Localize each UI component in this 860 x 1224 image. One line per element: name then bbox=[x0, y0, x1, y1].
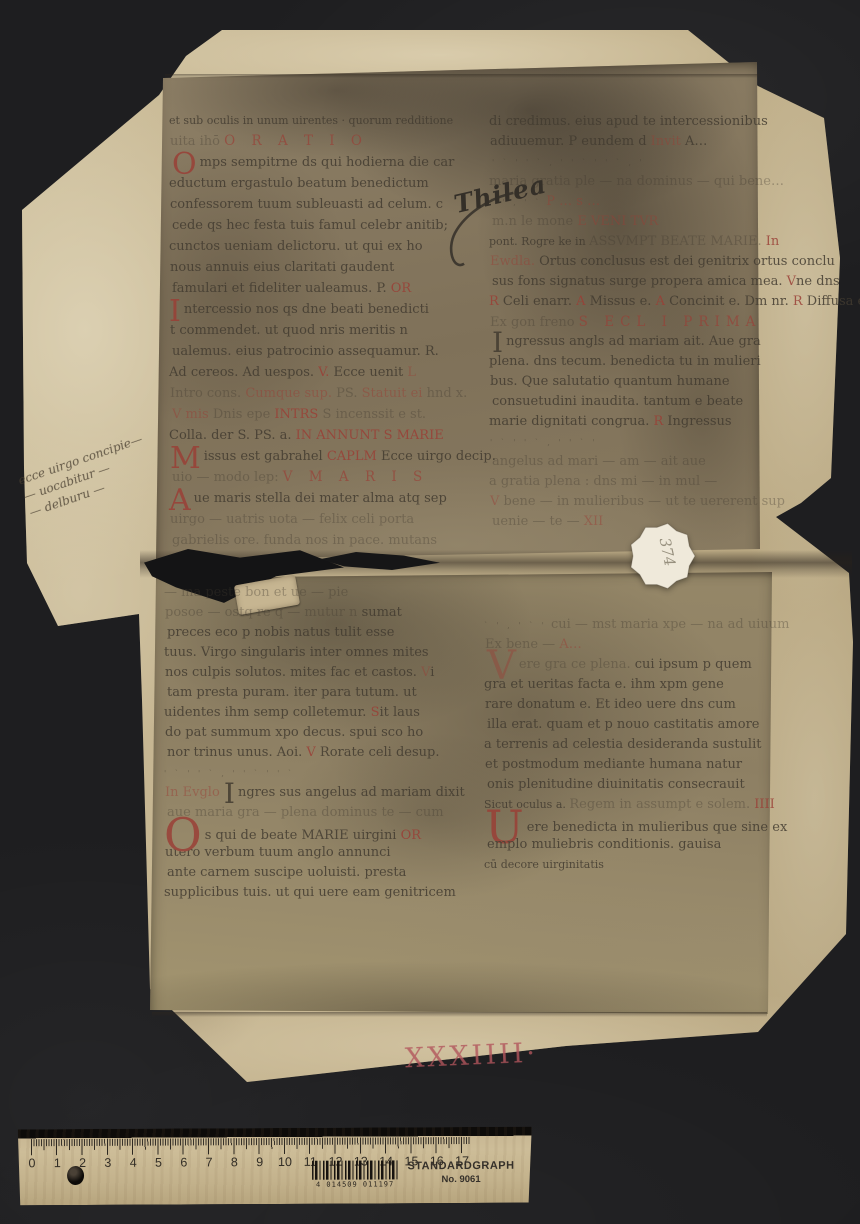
manuscript-line: gra et ueritas facta e. ihm xpm gene bbox=[484, 675, 796, 695]
manuscript-line: illa erat. quam et p nouo castitatis amo… bbox=[487, 715, 799, 735]
manuscript-line: Ex bene — A… bbox=[485, 635, 797, 655]
manuscript-text: ngressus angls ad mariam ait. Aue gra bbox=[506, 334, 761, 349]
manuscript-line: preces eco p nobis natus tulit esse bbox=[167, 623, 489, 643]
manuscript-text: t commendet. ut quod nris meritis n bbox=[170, 323, 408, 338]
manuscript-text: Ecce uenit bbox=[334, 365, 408, 380]
manuscript-line: V bene — in mulieribus — ut te uererent … bbox=[490, 492, 805, 512]
manuscript-line: Sicut oculus a. Regem in assumpt e solem… bbox=[484, 795, 796, 815]
manuscript-text: Ad cereos. Ad uespos. bbox=[169, 365, 318, 380]
manuscript-line: do pat summum xpo decus. spui sco ho bbox=[165, 723, 487, 743]
rubric-text: Invit bbox=[651, 134, 685, 149]
manuscript-line: Missus est gabrahel CAPLM Ecce uirgo dec… bbox=[170, 446, 490, 467]
ruler-brand-block: STANDARDGRAPH No. 9061 bbox=[400, 1160, 522, 1186]
manuscript-text: Dnis epe bbox=[213, 407, 275, 422]
rubric-text: OR bbox=[391, 281, 411, 296]
manuscript-text: emplo muliebris conditionis. gauisa bbox=[487, 837, 721, 852]
manuscript-text: ere benedicta in mulieribus que sine ex bbox=[527, 820, 788, 835]
manuscript-text: ante carnem suscipe uoluisti. presta bbox=[167, 865, 406, 880]
rubric-text: R bbox=[793, 294, 807, 309]
manuscript-line: supplicibus tuis. ut qui uere eam genitr… bbox=[164, 883, 486, 903]
ruler-number: 3 bbox=[104, 1156, 111, 1170]
manuscript-text: i bbox=[430, 665, 434, 680]
top-fold-line bbox=[165, 74, 760, 78]
manuscript-text: do pat summum xpo decus. spui sco ho bbox=[165, 725, 423, 740]
ruler-cm-ticks bbox=[31, 1137, 471, 1155]
manuscript-text: ntercessio nos qs dne beati benedicti bbox=[184, 302, 429, 317]
manuscript-text: uenie — te — bbox=[492, 514, 584, 529]
manuscript-text: PS. bbox=[336, 386, 361, 401]
barcode-bars bbox=[312, 1160, 398, 1179]
manuscript-line: ante carnem suscipe uoluisti. presta bbox=[167, 863, 489, 883]
rubric-text: IN ANNUNT S MARIE bbox=[296, 428, 444, 443]
manuscript-text: uidentes ihm semp colletemur. bbox=[164, 705, 371, 720]
manuscript-text: ere gra ce plena. bbox=[519, 657, 635, 672]
manuscript-text: Missus e. bbox=[590, 294, 656, 309]
manuscript-text: a gratia plena : dns mi — in mul — bbox=[489, 474, 717, 489]
manuscript-text: hnd x. bbox=[422, 386, 467, 401]
manuscript-line: plena. dns tecum. benedicta tu in mulier… bbox=[489, 352, 804, 372]
rubric-text: In Evglo bbox=[165, 785, 224, 800]
rubric-text: L bbox=[407, 365, 416, 380]
manuscript-line: Ingressus angls ad mariam ait. Aue gra bbox=[492, 332, 807, 352]
manuscript-line: Uere benedicta in mulieribus que sine ex bbox=[485, 815, 797, 835]
manuscript-line: a terrenis ad celestia desideranda sustu… bbox=[484, 735, 796, 755]
manuscript-line: a gratia plena : dns mi — in mul — bbox=[489, 472, 804, 492]
manuscript-text: issus est gabrahel bbox=[204, 449, 327, 464]
rubric-text: IIII bbox=[754, 797, 775, 812]
bottom-fold-line bbox=[152, 1012, 767, 1017]
rubric-text: Cumque sup. bbox=[245, 386, 336, 401]
text-column-lower-right: ` ' , ' ` ' cui — mst maria xpe — na ad … bbox=[485, 615, 797, 875]
manuscript-text: ASSVMPT BEATE MARIE. bbox=[589, 234, 766, 249]
manuscript-line: aue maria gra — plena dominus te — cum bbox=[167, 803, 489, 823]
manuscript-text: Diffusa e. bbox=[807, 294, 860, 309]
rubric-text: XII bbox=[584, 514, 604, 529]
manuscript-text: it laus bbox=[379, 705, 419, 720]
rubric-text: V mis bbox=[172, 407, 213, 422]
measuring-ruler: 01234567891011121314151617 4 014509 0111… bbox=[18, 1127, 532, 1206]
text-column-upper-left: et sub oculis in unum uirentes · quorum … bbox=[170, 110, 490, 551]
manuscript-text: ue maris stella dei mater alma atq sep bbox=[194, 491, 447, 506]
ruler-hanging-hole bbox=[67, 1166, 84, 1185]
manuscript-text: ' ` ' ' ` , ' ' ` ' bbox=[490, 438, 598, 447]
manuscript-line: famulari et fideliter ualeamus. P. OR bbox=[172, 278, 492, 299]
manuscript-text: s qui de beate MARIE uirgini bbox=[205, 828, 401, 843]
manuscript-text: Regem in assumpt e solem. bbox=[569, 797, 754, 812]
ruler-number: 10 bbox=[278, 1155, 292, 1169]
manuscript-text: Concinit e. Dm nr. bbox=[669, 294, 793, 309]
barcode-digits: 4 014509 011197 bbox=[312, 1180, 398, 1188]
ruler-number: 4 bbox=[130, 1156, 137, 1170]
manuscript-text: eductum ergastulo beatum benedictum bbox=[169, 176, 429, 191]
ruler-model: No. 9061 bbox=[400, 1174, 522, 1186]
manuscript-line: uidentes ihm semp colletemur. Sit laus bbox=[164, 703, 486, 723]
manuscript-text: supplicibus tuis. ut qui uere eam genitr… bbox=[164, 885, 456, 900]
ruler-number: 9 bbox=[256, 1155, 263, 1169]
manuscript-line: bus. Que salutatio quantum humane bbox=[490, 372, 805, 392]
manuscript-line: di credimus. eius apud te intercessionib… bbox=[489, 112, 804, 132]
manuscript-text: consuetudini inaudita. tantum e beate bbox=[492, 394, 743, 409]
manuscript-text: ` ' , ' ` ' bbox=[484, 621, 547, 630]
rubric-text: V M A R I S bbox=[283, 469, 429, 485]
manuscript-line: et sub oculis in unum uirentes · quorum … bbox=[169, 110, 489, 131]
manuscript-line: Ad cereos. Ad uespos. V. Ecce uenit L bbox=[169, 362, 489, 383]
ruler-number: 5 bbox=[155, 1156, 162, 1170]
manuscript-line: Colla. der S. PS. a. IN ANNUNT S MARIE bbox=[169, 425, 489, 446]
manuscript-text: bus. Que salutatio quantum humane bbox=[490, 374, 730, 389]
rubric-text: In bbox=[766, 234, 780, 249]
manuscript-text: bene — in mulieribus — ut te uererent su… bbox=[504, 494, 785, 509]
manuscript-text: di credimus. eius apud te intercessionib… bbox=[489, 114, 768, 129]
manuscript-line: ` ' , ' ` ' cui — mst maria xpe — na ad … bbox=[484, 615, 796, 635]
manuscript-line: nos culpis solutos. mites fac et castos.… bbox=[165, 663, 487, 683]
manuscript-line: nous annuis eius claritati gaudent bbox=[170, 257, 490, 278]
rubric-text: V bbox=[490, 494, 504, 509]
manuscript-text: et postmodum mediante humana natur bbox=[485, 757, 742, 772]
manuscript-line: ualemus. eius patrocinio assequamur. R. bbox=[172, 341, 492, 362]
ruler-number: 8 bbox=[231, 1155, 238, 1169]
manuscript-text: cunctos ueniam delictoru. ut qui ex ho bbox=[169, 239, 423, 254]
manuscript-line: V mis Dnis epe INTRS S incenssit e st. bbox=[172, 404, 492, 425]
manuscript-text: uirgo — uatris uota — felix celi porta bbox=[170, 512, 414, 527]
manuscript-text: aue maria gra — plena dominus te — cum bbox=[167, 805, 444, 820]
manuscript-line: adiuuemur. P eundem d Invit A… bbox=[490, 132, 805, 152]
manuscript-text: S incenssit e st. bbox=[322, 407, 426, 422]
manuscript-line: Vere gra ce plena. cui ipsum p quem bbox=[487, 655, 799, 675]
rubric-text: O R A T I O bbox=[224, 133, 368, 149]
ruler-number: 0 bbox=[28, 1156, 35, 1170]
manuscript-text: tam presta puram. iter para tutum. ut bbox=[167, 685, 417, 700]
manuscript-line: marie dignitati congrua. R Ingressus bbox=[489, 412, 804, 432]
manuscript-text: Ex gon freno bbox=[490, 315, 579, 330]
ruler-barcode: 4 014509 011197 bbox=[312, 1160, 398, 1190]
rubric-text: V bbox=[421, 665, 430, 680]
manuscript-text: illa erat. quam et p nouo castitatis amo… bbox=[487, 717, 760, 732]
rubric-text: V. bbox=[318, 365, 333, 380]
ruler-number: 6 bbox=[180, 1155, 187, 1169]
manuscript-text: Rorate celi desup. bbox=[320, 745, 440, 760]
ruler-ticks bbox=[31, 1137, 471, 1155]
manuscript-line: ' ` ' ' ` , ' ' ` ' bbox=[490, 432, 805, 452]
manuscript-text: cede qs hec festa tuis famul celebr anit… bbox=[172, 218, 448, 233]
manuscript-text: plena. dns tecum. benedicta tu in mulier… bbox=[489, 354, 761, 369]
manuscript-text: ne dns bbox=[796, 274, 840, 289]
rubric-text: Statuit ei bbox=[362, 386, 423, 401]
manuscript-text: famulari et fideliter ualeamus. P. bbox=[172, 281, 391, 296]
manuscript-text: sus fons signatus surge propera amica me… bbox=[492, 274, 787, 289]
manuscript-line: t commendet. ut quod nris meritis n bbox=[170, 320, 490, 341]
rubric-text: OR bbox=[401, 828, 421, 843]
manuscript-line: utero verbum tuum anglo annunci bbox=[165, 843, 487, 863]
rubric-text: INTRS bbox=[274, 407, 322, 422]
rubric-text: A bbox=[656, 294, 670, 309]
manuscript-text: marie dignitati congrua. bbox=[489, 414, 654, 429]
manuscript-text: mps sempitrne ds qui hodierna die car bbox=[200, 155, 455, 170]
manuscript-text: cū decore uirginitatis bbox=[484, 858, 604, 871]
text-column-lower-left: — ma peste bon et ue — pieposoe — ostq r… bbox=[165, 583, 487, 903]
manuscript-text: nos culpis solutos. mites fac et castos. bbox=[165, 665, 421, 680]
manuscript-line: angelus ad mari — am — ait aue bbox=[492, 452, 807, 472]
manuscript-text: et sub oculis in unum uirentes · quorum … bbox=[169, 114, 453, 127]
manuscript-text: cui ipsum p quem bbox=[635, 657, 752, 672]
manuscript-line: sus fons signatus surge propera amica me… bbox=[492, 272, 807, 292]
manuscript-line: nor trinus unus. Aoi. V Rorate celi desu… bbox=[167, 743, 489, 763]
manuscript-line: et postmodum mediante humana natur bbox=[485, 755, 797, 775]
manuscript-text: tuus. Virgo singularis inter omnes mites bbox=[164, 645, 429, 660]
manuscript-text: nor trinus unus. Aoi. bbox=[167, 745, 306, 760]
manuscript-text: posoe — ostq re q — mutur n bbox=[165, 605, 362, 620]
manuscript-line: Os qui de beate MARIE uirgini OR bbox=[164, 823, 486, 843]
ruler-brand: STANDARDGRAPH bbox=[400, 1160, 522, 1173]
manuscript-text: confessorem tuum subleuasti ad celum. c bbox=[170, 197, 443, 212]
manuscript-text: a terrenis ad celestia desideranda sustu… bbox=[484, 737, 761, 752]
manuscript-line: Aue maris stella dei mater alma atq sep bbox=[169, 488, 489, 509]
manuscript-line: uio — modo lep: V M A R I S bbox=[172, 467, 492, 488]
manuscript-text: Celi enarr. bbox=[503, 294, 576, 309]
manuscript-line: onis plenitudine diuinitatis consecrauit bbox=[487, 775, 799, 795]
manuscript-text: Intro cons. bbox=[170, 386, 245, 401]
manuscript-line: Intercessio nos qs dne beati benedicti bbox=[169, 299, 489, 320]
rubric-text: R bbox=[654, 414, 668, 429]
manuscript-text: nous annuis eius claritati gaudent bbox=[170, 260, 394, 275]
manuscript-line: Omps sempitrne ds qui hodierna die car bbox=[172, 152, 492, 173]
collection-sticker: 374 bbox=[627, 521, 697, 591]
rubric-text: A… bbox=[559, 637, 581, 652]
manuscript-line: cunctos ueniam delictoru. ut qui ex ho bbox=[169, 236, 489, 257]
manuscript-line: rare donatum e. Et ideo uere dns cum bbox=[485, 695, 797, 715]
manuscript-text: preces eco p nobis natus tulit esse bbox=[167, 625, 394, 640]
manuscript-line: — ma peste bon et ue — pie bbox=[164, 583, 486, 603]
manuscript-text: sumat bbox=[362, 605, 402, 620]
manuscript-line: emplo muliebris conditionis. gauisa bbox=[487, 835, 799, 855]
manuscript-line: uita ihō O R A T I O bbox=[170, 131, 490, 152]
manuscript-line: uirgo — uatris uota — felix celi porta bbox=[170, 509, 490, 530]
rubric-text: A bbox=[576, 294, 590, 309]
ruler-number: 1 bbox=[54, 1156, 61, 1170]
rubric-text: S ECL I PRIMA bbox=[579, 314, 762, 330]
manuscript-line: consuetudini inaudita. tantum e beate bbox=[492, 392, 807, 412]
manuscript-text: angelus ad mari — am — ait aue bbox=[492, 454, 706, 469]
manuscript-line: Ex gon freno S ECL I PRIMA bbox=[490, 312, 805, 332]
manuscript-text: ngres sus angelus ad mariam dixit bbox=[238, 785, 465, 800]
manuscript-text: Ingressus bbox=[667, 414, 731, 429]
manuscript-line: tam presta puram. iter para tutum. ut bbox=[167, 683, 489, 703]
manuscript-line: In Evglo Ingres sus angelus ad mariam di… bbox=[165, 783, 487, 803]
manuscript-text: Ortus conclusus est dei genitrix ortus c… bbox=[539, 254, 835, 269]
rubric-text: V bbox=[787, 274, 796, 289]
manuscript-line: ' ` ' ' ` , ' ' ` ' ' ` bbox=[164, 763, 486, 783]
manuscript-text: gra et ueritas facta e. ihm xpm gene bbox=[484, 677, 724, 692]
manuscript-photograph: { "photo": { "background_color": "#1e1e2… bbox=[0, 0, 860, 1224]
manuscript-line: R Celi enarr. A Missus e. A Concinit e. … bbox=[489, 292, 804, 312]
manuscript-text: ualemus. eius patrocinio assequamur. R. bbox=[172, 344, 439, 359]
manuscript-text: A… bbox=[685, 134, 707, 149]
manuscript-text: — ma peste bon et ue — pie bbox=[164, 585, 348, 600]
manuscript-text: cui — mst maria xpe — na ad uiuum bbox=[547, 617, 790, 632]
ruler-number: 7 bbox=[206, 1155, 213, 1169]
manuscript-line: gabrielis ore. funda nos in pace. mutans bbox=[172, 530, 492, 551]
manuscript-text: adiuuemur. P eundem d bbox=[490, 134, 651, 149]
manuscript-line: Intro cons. Cumque sup. PS. Statuit ei h… bbox=[170, 383, 490, 404]
manuscript-text: Ecce uirgo decip. bbox=[381, 449, 496, 464]
manuscript-line: posoe — ostq re q — mutur n sumat bbox=[165, 603, 487, 623]
folio-number: XXXIIII· bbox=[404, 1037, 565, 1075]
manuscript-text: onis plenitudine diuinitatis consecrauit bbox=[487, 777, 745, 792]
manuscript-line: tuus. Virgo singularis inter omnes mites bbox=[164, 643, 486, 663]
manuscript-line: cū decore uirginitatis bbox=[484, 855, 796, 875]
rubric-text: CAPLM bbox=[327, 449, 381, 464]
rubric-text: V bbox=[306, 745, 320, 760]
manuscript-text: rare donatum e. Et ideo uere dns cum bbox=[485, 697, 736, 712]
rubric-text: R bbox=[489, 294, 503, 309]
manuscript-text: gabrielis ore. funda nos in pace. mutans bbox=[172, 533, 437, 548]
